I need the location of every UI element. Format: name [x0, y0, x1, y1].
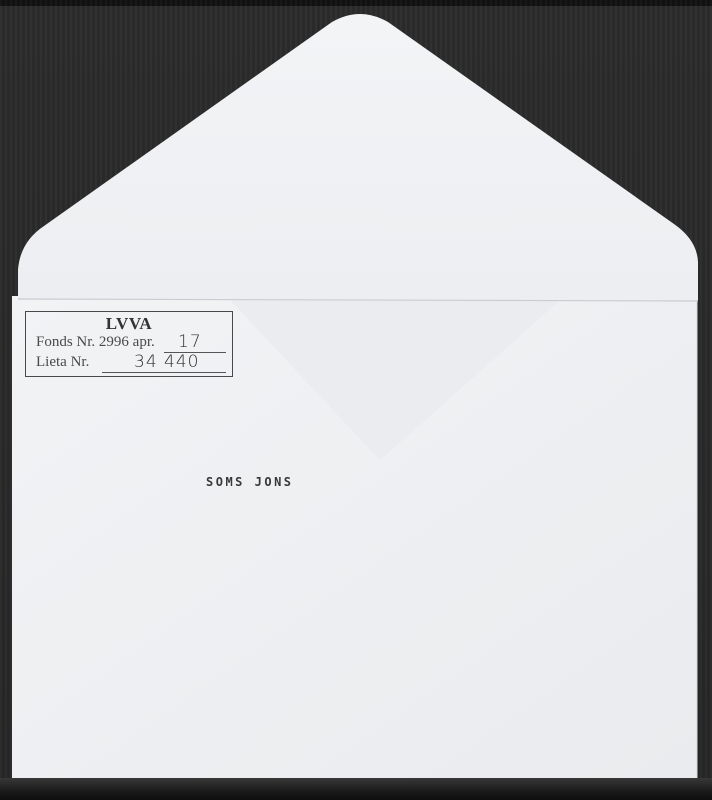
fonds-label: Fonds Nr. 2996 apr.: [36, 334, 155, 351]
archive-stamp: LVVA Fonds Nr. 2996 apr. 17 Lieta Nr. 34…: [25, 311, 233, 377]
archive-stamp-title: LVVA: [26, 314, 232, 334]
envelope-flap: [18, 14, 698, 300]
file-underline: [102, 372, 226, 373]
file-label: Lieta Nr.: [36, 354, 89, 371]
file-handwritten-number: 34 440: [134, 352, 199, 372]
envelope: [0, 0, 712, 800]
fonds-handwritten-number: 17: [178, 332, 202, 352]
typed-addressee-name: SOMS JONS: [206, 475, 294, 489]
